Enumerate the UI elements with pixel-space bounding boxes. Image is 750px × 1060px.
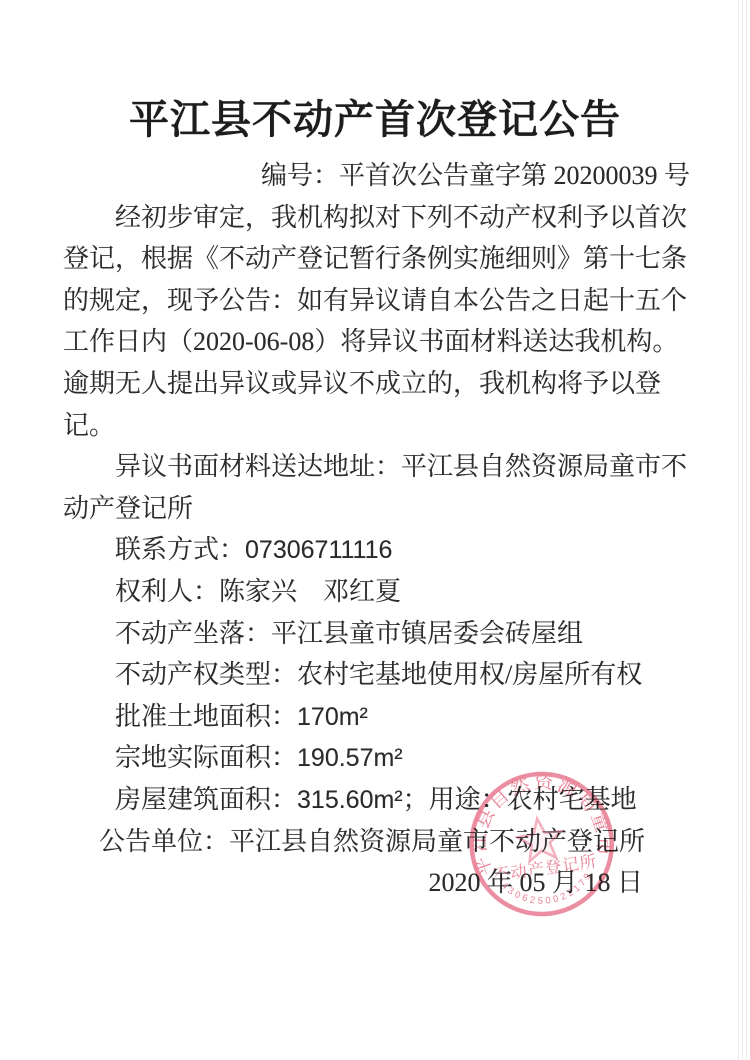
paragraph-line: 异议书面材料送达地址：平江县自然资源局童市不	[63, 446, 690, 488]
scanned-document-page: 平江县不动产首次登记公告 编号：平首次公告童字第 20200039 号 经初步审…	[0, 0, 750, 1060]
field-label: 不动产权类型：	[115, 660, 297, 689]
paragraph-line: 逾期无人提出异议或异议不成立的，我机构将予以登	[63, 363, 690, 405]
reference-number: 编号：平首次公告童字第 20200039 号	[63, 155, 690, 197]
field-label: 房屋建筑面积：	[115, 785, 297, 814]
field-label: 不动产坐落：	[115, 619, 271, 648]
paragraph-line: 动产登记所	[63, 488, 690, 530]
scan-streak-artifact	[738, 0, 749, 1060]
field-row-approved-land-area: 批准土地面积：170m²	[63, 696, 690, 738]
paragraph-line: 登记，根据《不动产登记暂行条例实施细则》第十七条	[63, 238, 690, 280]
field-value: 农村宅基地使用权/房屋所有权	[297, 660, 642, 689]
field-value: 07306711116	[245, 536, 392, 564]
field-value: 170m²	[297, 703, 368, 731]
field-label: 联系方式：	[115, 535, 245, 564]
field-row-location: 不动产坐落：平江县童市镇居委会砖屋组	[63, 613, 690, 655]
field-value: 315.60m²	[297, 786, 403, 814]
field-row-right-type: 不动产权类型：农村宅基地使用权/房屋所有权	[63, 654, 690, 696]
field-value: 陈家兴 邓红夏	[219, 577, 401, 606]
paragraph-line: 的规定，现予公告：如有异议请自本公告之日起十五个	[63, 280, 690, 322]
official-seal: 平江县自然资源局童市 不动产登记所 4306250022179	[454, 758, 630, 934]
field-label: 权利人：	[115, 577, 219, 606]
paragraph-line: 经初步审定，我机构拟对下列不动产权利予以首次	[63, 197, 690, 239]
field-row-contact: 联系方式：07306711116	[63, 529, 690, 571]
paragraph-line: 记。	[63, 405, 690, 447]
page-title: 平江县不动产首次登记公告	[0, 88, 750, 145]
field-row-rights-holder: 权利人：陈家兴 邓红夏	[63, 571, 690, 613]
field-value: 平江县童市镇居委会砖屋组	[271, 619, 583, 648]
field-label: 宗地实际面积：	[115, 743, 297, 772]
field-label: 批准土地面积：	[115, 702, 297, 731]
field-value: 190.57m²	[297, 744, 403, 772]
paragraph-line: 工作日内（2020-06-08）将异议书面材料送达我机构。	[63, 321, 690, 363]
star-icon	[515, 815, 564, 862]
